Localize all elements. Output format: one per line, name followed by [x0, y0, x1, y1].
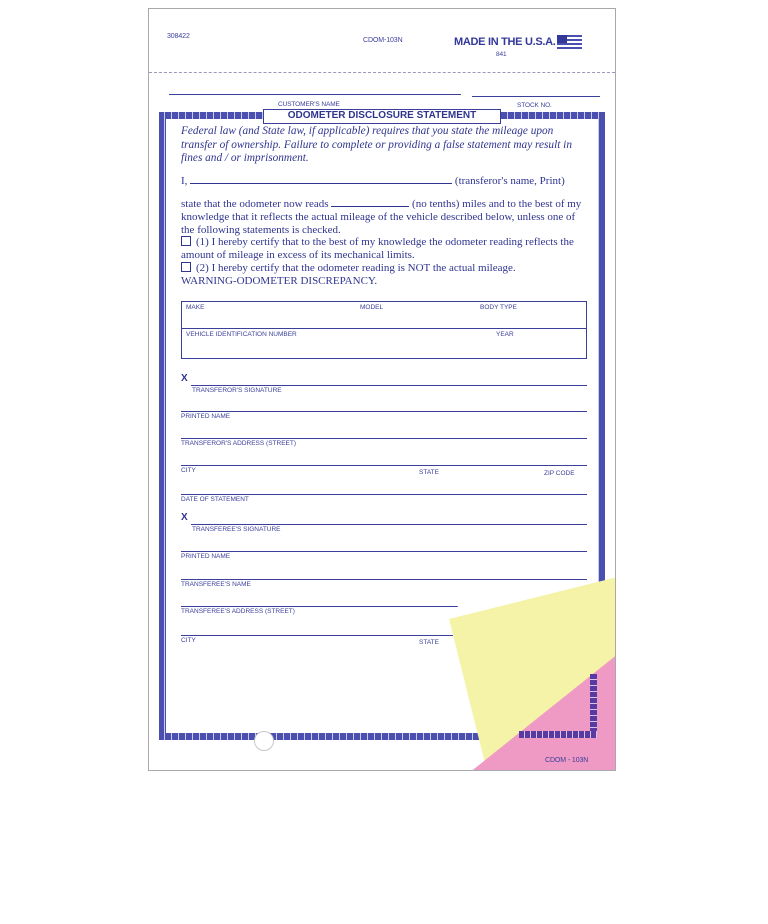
printed-name-1-label: PRINTED NAME — [181, 413, 230, 420]
model-label: MODEL — [360, 304, 383, 311]
body-type-label: BODY TYPE — [480, 304, 517, 311]
form-number: 308422 — [167, 33, 190, 40]
transferee-name-line[interactable] — [181, 579, 587, 580]
make-label: MAKE — [186, 304, 204, 311]
form-code: CDOM-103N — [363, 37, 403, 44]
warning-text: WARNING-ODOMETER DISCREPANCY. — [181, 275, 591, 288]
customer-name-line[interactable] — [169, 94, 461, 95]
state-1-label: STATE — [419, 469, 439, 476]
statement-part1: state that the odometer now reads — [181, 198, 329, 210]
transferor-name-field[interactable] — [190, 173, 452, 184]
transferor-signature-line[interactable] — [191, 385, 587, 386]
date-of-statement-line[interactable] — [181, 494, 587, 495]
transferor-name-line: I, (transferor's name, Print) — [181, 173, 591, 188]
intro-text: Federal law (and State law, if applicabl… — [181, 125, 591, 166]
perforation-line — [149, 72, 615, 73]
year-label: YEAR — [496, 331, 514, 338]
printed-name-2-line[interactable] — [181, 551, 587, 552]
transferee-signature-label: TRANSFEREE'S SIGNATURE — [192, 526, 281, 533]
form-title: ODOMETER DISCLOSURE STATEMENT — [263, 109, 501, 124]
x-mark-transferee: X — [181, 512, 188, 523]
pink-copy-border-vertical — [590, 674, 597, 736]
transferor-address-line[interactable] — [181, 438, 587, 439]
date-of-statement-label: DATE OF STATEMENT — [181, 496, 249, 503]
stock-no-label: STOCK NO. — [517, 102, 552, 109]
city-1-line[interactable] — [181, 465, 587, 466]
transferee-address-label: TRANSFEREE'S ADDRESS (STREET) — [181, 608, 295, 615]
option-2-checkbox[interactable] — [181, 262, 191, 272]
zip-1-label: ZIP CODE — [544, 470, 575, 477]
option-1: (1) I hereby certify that to the best of… — [181, 236, 591, 262]
transferor-suffix: (transferor's name, Print) — [455, 175, 565, 187]
city-2-line[interactable] — [181, 635, 453, 636]
form-page: 308422 CDOM-103N MADE IN THE U.S.A. 841 … — [148, 8, 616, 771]
pink-copy-border-horizontal — [519, 731, 597, 738]
city-1-label: CITY — [181, 467, 196, 474]
transferee-signature-line[interactable] — [191, 524, 587, 525]
made-in-sub: 841 — [496, 51, 507, 58]
odometer-reading-field[interactable] — [331, 196, 409, 207]
transferor-prefix: I, — [181, 175, 187, 187]
printed-name-2-label: PRINTED NAME — [181, 553, 230, 560]
option-1-checkbox[interactable] — [181, 236, 191, 246]
option-2: (2) I hereby certify that the odometer r… — [181, 262, 591, 275]
transferor-signature-label: TRANSFEROR'S SIGNATURE — [192, 387, 282, 394]
us-flag-icon — [557, 35, 582, 51]
printed-name-1-line[interactable] — [181, 411, 587, 412]
transferor-address-label: TRANSFEROR'S ADDRESS (STREET) — [181, 440, 296, 447]
made-in-usa: MADE IN THE U.S.A. — [454, 36, 556, 48]
punch-hole — [254, 731, 274, 751]
stock-no-line[interactable] — [472, 96, 600, 97]
footer-form-code: CDOM - 103N — [545, 757, 588, 764]
city-2-label: CITY — [181, 637, 196, 644]
customer-name-label: CUSTOMER'S NAME — [278, 101, 340, 108]
x-mark-transferor: X — [181, 373, 188, 384]
state-2-label: STATE — [419, 639, 439, 646]
transferee-name-label: TRANSFEREE'S NAME — [181, 581, 251, 588]
vin-label: VEHICLE IDENTIFICATION NUMBER — [186, 331, 297, 338]
statement-text: state that the odometer now reads (no te… — [181, 196, 591, 288]
vehicle-info-box: MAKE MODEL BODY TYPE VEHICLE IDENTIFICAT… — [181, 301, 587, 359]
